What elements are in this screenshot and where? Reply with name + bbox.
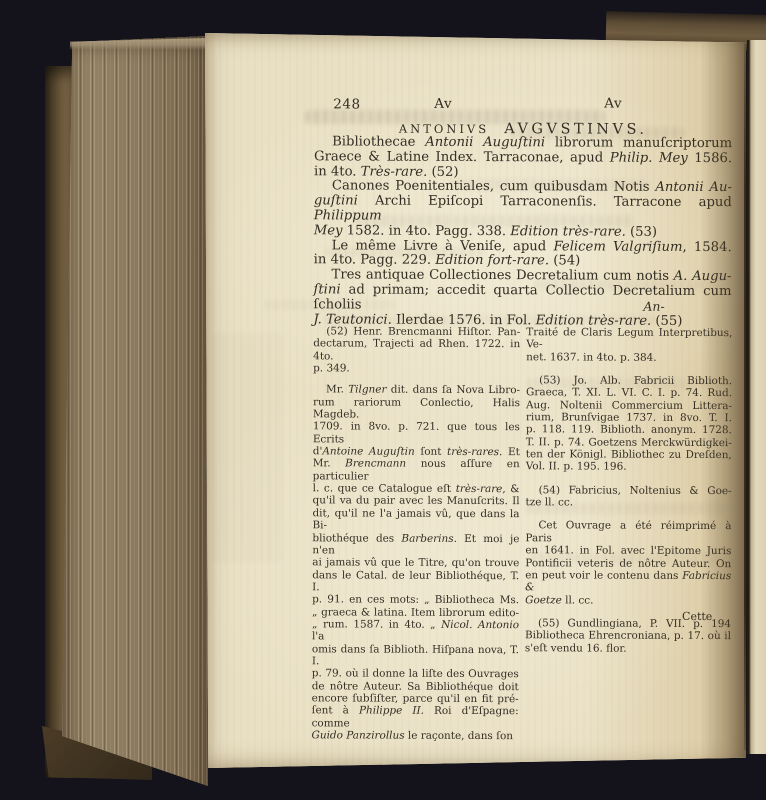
text-line: p. 349. — [313, 362, 520, 375]
text-line: ai jamais vû que le Titre, qu'on trouve — [312, 556, 519, 569]
gutter-shadow — [744, 44, 748, 750]
printed-text: 248 Av Av ANTONIVS AVGVSTINVS. Bibliothe… — [203, 32, 747, 769]
book-page: 248 Av Av ANTONIVS AVGVSTINVS. Bibliothe… — [205, 33, 746, 768]
text-line: qu'il va du pair avec les Manuſcrits. Il — [313, 495, 520, 508]
paragraph: Bibliothecae Antonii Auguſtini librorum … — [314, 135, 732, 181]
text-line: Goetze ll. cc. — [525, 594, 731, 607]
text-line: Guido Panzirollus le raçonte, dans ſon — [312, 729, 519, 742]
text-line: „ rum. 1587. in 4to. „ Nicol. Antonio l'… — [312, 618, 519, 644]
text-line: Cet Ouvrage a été réimprimé à Paris — [525, 520, 731, 546]
text-line: guſtini Archi Epiſcopi Tarraconenſis. Ta… — [314, 194, 732, 225]
text-line: rium, Brunſvigae 1737. in 8vo. T. I. — [526, 411, 732, 424]
text-line: p. 79. où il donne la liſte des Ouvrages — [312, 668, 519, 681]
paragraph: Le même Livre à Veniſe, apud Felicem Val… — [314, 239, 732, 270]
text-line: T. II. p. 74. Goetzens Merckwürdigkei- — [526, 436, 732, 449]
main-text-block: Bibliothecae Antonii Auguſtini librorum … — [313, 135, 732, 329]
paragraph: Tres antiquae Collectiones Decretalium c… — [313, 268, 731, 329]
text-line: l. c. que ce Catalogue eſt très-rare, & — [313, 482, 520, 495]
text-line: p. 91. en ces mots: „ Bibliotheca Ms. — [312, 594, 519, 607]
paragraph: Mr. Tilgner dit. dans ſa Nova Libro-rum … — [312, 384, 521, 743]
paragraph: Cet Ouvrage a été réimprimé à Parisen 16… — [525, 520, 731, 607]
text-line: encore ſubſiſter, parce qu'il en fit pré… — [312, 692, 519, 705]
text-line: Vol. II. p. 195. 196. — [526, 461, 732, 474]
running-head-right: Av — [604, 96, 622, 112]
text-line: s'eſt vendu 16. flor. — [525, 642, 731, 655]
paragraph: (54) Fabricius, Noltenius & Goe-tze ll. … — [526, 484, 732, 510]
running-head-left: Av — [434, 96, 452, 112]
text-line: Pontificii veteris de nôtre Auteur. On — [525, 557, 731, 570]
text-line: en peut voir le contenu dans Fabricius & — [525, 569, 731, 595]
text-line: dans le Catal. de leur Bibliothéque, T. … — [312, 569, 519, 595]
text-line: ſtini ad primam; accedit quarta Collecti… — [313, 283, 731, 314]
text-line: dit, qu'il ne l'a jamais vû, que dans la… — [312, 507, 519, 533]
text-line: d'Antoine Auguſtin ſont très-rares. Et — [313, 445, 520, 458]
paragraph: (52) Henr. Brencmanni Hiſtor. Pan-dectar… — [313, 325, 520, 375]
text-line: (52) Henr. Brencmanni Hiſtor. Pan- — [313, 325, 520, 338]
text-line: rum rariorum Conlectio, Halis Magdeb. — [313, 396, 520, 422]
text-line: dectarum, Trajecti ad Rhen. 1722. in 4to… — [313, 338, 520, 364]
text-line: omis dans ſa Biblioth. Hiſpana nova, T. … — [312, 643, 519, 669]
text-line: (53) Jo. Alb. Fabricii Biblioth. — [526, 374, 732, 387]
text-line: bliothéque des Barberins. Et moi je n'en — [312, 532, 519, 558]
text-line: „ graeca & latina. Item librorum edito- — [312, 606, 519, 619]
text-line: Traité de Claris Legum Interpretibus, Ve… — [526, 326, 732, 352]
catchword-main: An- — [643, 299, 664, 314]
text-line: 1709. in 8vo. p. 721. que tous les Ecrit… — [313, 421, 520, 447]
paragraph: (53) Jo. Alb. Fabricii Biblioth.Graeca, … — [526, 374, 732, 474]
facing-page-edge — [747, 40, 766, 754]
text-line: Mr. Brencmann nous aſſure en particulier — [313, 458, 520, 484]
text-line: ten der Königl. Bibliothec zu Dreſden, — [526, 448, 732, 461]
catchword-page: Cette — [682, 610, 712, 623]
footnote-right-column: Traité de Claris Legum Interpretibus, Ve… — [525, 326, 732, 655]
paragraph: Canones Poenitentiales, cum quibusdam No… — [314, 180, 732, 241]
footnote-left-column: (52) Henr. Brencmanni Hiſtor. Pan-dectar… — [312, 325, 521, 742]
text-line: de nôtre Auteur. Sa Bibliothéque doit — [312, 680, 519, 693]
text-line: ſent à Philippe II. Roi d'Eſpagne: comme — [312, 705, 519, 731]
text-line: Graeca, T. XI. L. VI. C. I. p. 74. Rud. — [526, 387, 732, 400]
text-line: p. 118. 119. Biblioth. anonym. 1728. — [526, 424, 732, 437]
text-line: Aug. Noltenii Commercium Littera- — [526, 399, 732, 412]
text-line: Mr. Tilgner dit. dans ſa Nova Libro- — [313, 384, 520, 397]
page-number: 248 — [333, 96, 360, 112]
book-fore-edge — [62, 36, 208, 792]
text-line: (54) Fabricius, Noltenius & Goe- — [526, 484, 732, 497]
text-line: tze ll. cc. — [526, 496, 732, 509]
paragraph: Traité de Claris Legum Interpretibus, Ve… — [526, 326, 732, 364]
text-line: en 1641. in Fol. avec l'Epitome Juris — [525, 544, 731, 557]
text-line: net. 1637. in 4to. p. 384. — [526, 351, 732, 364]
book-photo: 248 Av Av ANTONIVS AVGVSTINVS. Bibliothe… — [0, 0, 766, 800]
text-line: Bibliotheca Ehrencroniana, p. 17. où il — [525, 629, 731, 642]
